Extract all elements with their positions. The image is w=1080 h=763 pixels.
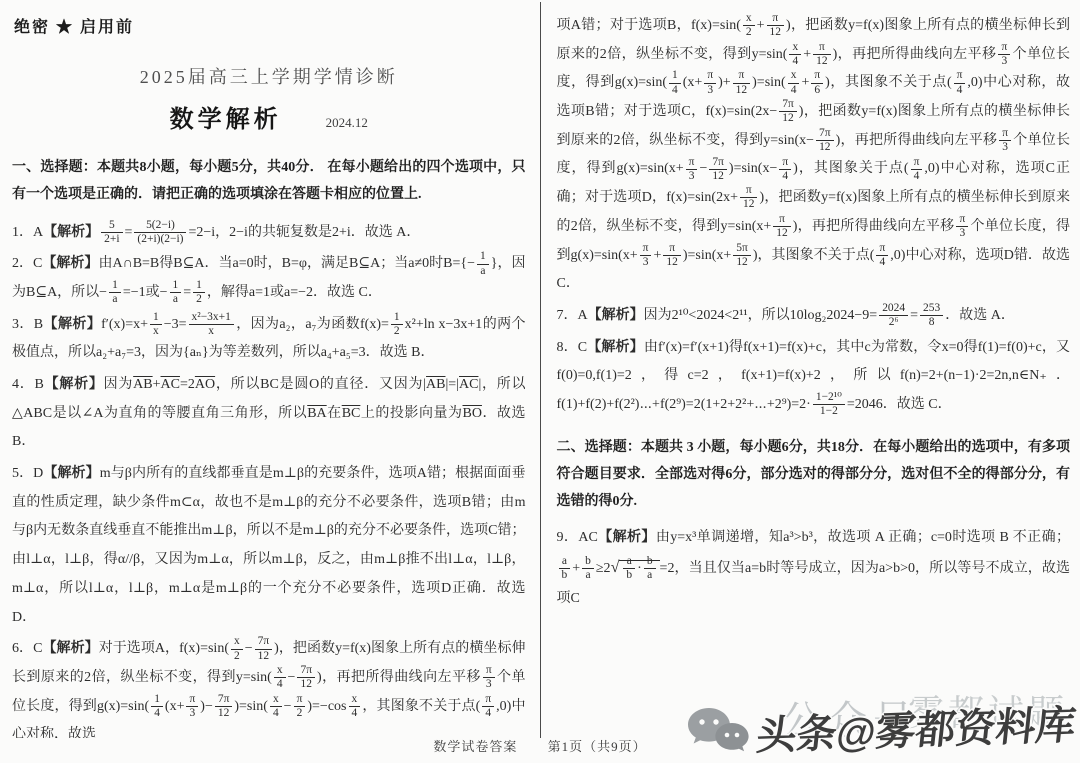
left-column: 绝密 ★ 启用前 2025届高三上学期学情诊断 数学解析 2024.12 一、选… (0, 0, 540, 738)
watermark-main-text: 头条@雾都资料库 (754, 693, 1079, 761)
solution-8: 8．C【解析】由f′(x)=f′(x+1)得f(x+1)=f(x)+c，其中c为… (557, 334, 1071, 420)
section-1-intro: 一、选择题：本题共8小题，每小题5分，共40分． 在每小题给出的四个选项中，只有… (12, 154, 526, 209)
wechat-icon (685, 705, 751, 762)
solution-4: 4．B【解析】因为AB+AC=2AO，所以BC是圆O的直径．又因为|AB|=|A… (12, 371, 526, 457)
solution-5: 5．D【解析】m与β内所有的直线都垂直是m⊥β的充要条件，选项A错；根据面面垂直… (12, 460, 526, 632)
solution-7: 7．A【解析】因为2¹⁰<2024<2¹¹，所以10log₂2024−9=202… (557, 302, 1071, 331)
page-title: 2025届高三上学期学情诊断 (12, 63, 526, 89)
section-2-intro: 二、选择题：本题共 3 小题，每小题6分，共18分．在每小题给出的选项中，有多项… (557, 434, 1071, 516)
solution-2: 2．C【解析】由A∩B=B得B⊆A．当a=0时，B=φ，满足B⊆A；当a≠0时B… (12, 250, 526, 307)
secrecy-label: 绝密 ★ 启用前 (14, 14, 526, 37)
solution-1: 1．A【解析】52+i=5(2−i)(2+i)(2−i)=2−i，2−i的共轭复… (12, 219, 526, 248)
watermark: 公众号 雾都试题 头条@雾都资料库 (685, 689, 1076, 763)
footer-page-number: 第1页（共9页） (548, 739, 647, 754)
document-subtitle: 数学解析 (170, 107, 282, 133)
solution-6-part2: 项A错；对于选项B，f(x)=sin(x2+π12)，把函数y=f(x)图象上所… (557, 12, 1071, 299)
document-date: 2024.12 (326, 115, 368, 130)
footer-document-name: 数学试卷答案 (433, 739, 517, 754)
exam-answer-page: 绝密 ★ 启用前 2025届高三上学期学情诊断 数学解析 2024.12 一、选… (0, 0, 1080, 763)
solution-6-part1: 6．C【解析】对于选项A，f(x)=sin(x2−7π12)，把函数y=f(x)… (12, 635, 526, 738)
subtitle-row: 数学解析 2024.12 (12, 99, 526, 134)
solution-3: 3．B【解析】f′(x)=x+1x−3=x²−3x+1x，因为a₂，a₇为函数f… (12, 311, 526, 368)
two-column-layout: 绝密 ★ 启用前 2025届高三上学期学情诊断 数学解析 2024.12 一、选… (0, 0, 1080, 738)
solution-9-part1: 9．AC【解析】由y=x³单调递增，知a³>b³，故选项 A 正确；c=0时选项… (557, 524, 1071, 614)
right-column: 项A错；对于选项B，f(x)=sin(x2+π12)，把函数y=f(x)图象上所… (541, 0, 1080, 738)
